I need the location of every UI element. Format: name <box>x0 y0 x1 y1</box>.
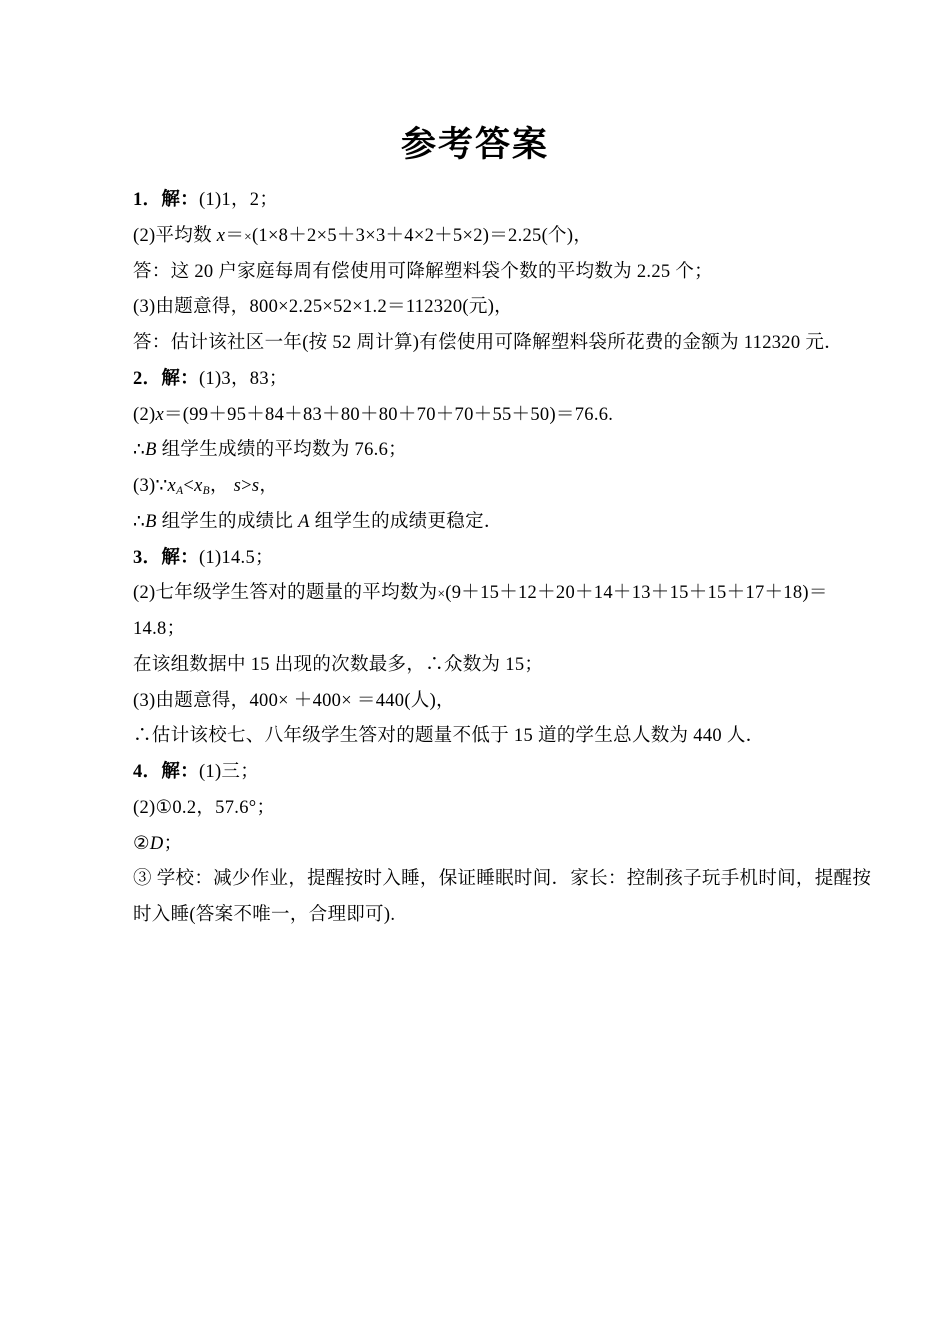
document-line: 在该组数据中 15 出现的次数最多，∴众数为 15； <box>133 648 820 684</box>
document-body: 1．解：(1)1，2；(2)平均数 x＝×(1×8＋2×5＋3×3＋4×2＋5×… <box>133 183 820 934</box>
text-segment: (1×8＋2×5＋3×3＋4×2＋5×2)＝2.25(个)， <box>252 226 592 246</box>
answer-label: 4．解： <box>133 762 199 782</box>
answer-label: 2．解： <box>133 369 199 389</box>
text-segment: (9＋15＋12＋20＋14＋13＋15＋15＋17＋18)＝ <box>445 583 827 603</box>
text-segment: (2)平均数 <box>133 226 217 246</box>
document-line: ③ 学校：减少作业，提醒按时入睡，保证睡眠时间．家长：控制孩子玩手机时间，提醒按 <box>133 862 820 898</box>
document-line: 2．解：(1)3，83； <box>133 362 820 398</box>
page-title: 参考答案 <box>0 0 950 166</box>
text-segment: x <box>168 476 177 496</box>
text-segment: ， <box>259 476 278 496</box>
text-segment: 答：这 20 户家庭每周有偿使用可降解塑料袋个数的平均数为 2.25 个； <box>133 262 713 282</box>
text-segment: (2)七年级学生答对的题量的平均数为 <box>133 583 437 603</box>
text-segment: × <box>244 229 252 244</box>
text-segment: > <box>241 476 252 496</box>
text-segment: (1)1，2； <box>199 190 278 210</box>
text-segment: A <box>298 512 310 532</box>
document-line: (2)x＝(99＋95＋84＋83＋80＋80＋70＋70＋55＋50)＝76.… <box>133 398 820 434</box>
text-segment: ＝(99＋95＋84＋83＋80＋80＋70＋70＋55＋50)＝76.6. <box>164 405 613 425</box>
text-segment: (1)三； <box>199 762 259 782</box>
document-line: (2)七年级学生答对的题量的平均数为×(9＋15＋12＋20＋14＋13＋15＋… <box>133 576 820 612</box>
document-line: 答：估计该社区一年(按 52 周计算)有偿使用可降解塑料袋所花费的金额为 112… <box>133 326 820 362</box>
text-segment: (1)14.5； <box>199 548 274 568</box>
text-segment: ＝ <box>225 226 244 246</box>
text-segment: ∴估计该校七、八年级学生答对的题量不低于 15 道的学生总人数为 440 人． <box>133 726 764 746</box>
text-segment: 答：估计该社区一年(按 52 周计算)有偿使用可降解塑料袋所花费的金额为 112… <box>133 333 843 353</box>
text-segment: ② <box>133 834 150 854</box>
text-segment: B <box>145 512 157 532</box>
text-segment: 14.8； <box>133 619 185 639</box>
document-line: 时入睡(答案不唯一，合理即可). <box>133 898 820 934</box>
text-segment: 在该组数据中 15 出现的次数最多，∴众数为 15； <box>133 655 543 675</box>
text-segment: ∴ <box>133 512 145 532</box>
document-line: ∴估计该校七、八年级学生答对的题量不低于 15 道的学生总人数为 440 人． <box>133 719 820 755</box>
text-segment: ③ 学校：减少作业，提醒按时入睡，保证睡眠时间．家长：控制孩子玩手机时间，提醒按 <box>133 869 871 889</box>
document-line: 14.8； <box>133 612 820 648</box>
text-segment: B <box>203 485 210 497</box>
text-segment: ， <box>210 476 234 496</box>
document-line: (3)由题意得，800×2.25×52×1.2＝112320(元)， <box>133 290 820 326</box>
text-segment: ； <box>164 834 183 854</box>
document-line: ∴B 组学生成绩的平均数为 76.6； <box>133 433 820 469</box>
text-segment: 组学生的成绩更稳定． <box>310 512 503 532</box>
document-line: 1．解：(1)1，2； <box>133 183 820 219</box>
text-segment: 时入睡(答案不唯一，合理即可). <box>133 905 395 925</box>
answer-label: 3．解： <box>133 548 199 568</box>
document-line: 答：这 20 户家庭每周有偿使用可降解塑料袋个数的平均数为 2.25 个； <box>133 255 820 291</box>
document-line: (2)平均数 x＝×(1×8＋2×5＋3×3＋4×2＋5×2)＝2.25(个)， <box>133 219 820 255</box>
text-segment: x <box>155 405 164 425</box>
text-segment: B <box>145 440 157 460</box>
text-segment: ∴ <box>133 440 145 460</box>
text-segment: (3)∵ <box>133 476 168 496</box>
text-segment: (2)①0.2，57.6°； <box>133 798 275 818</box>
text-segment: (3)由题意得，800×2.25×52×1.2＝112320(元)， <box>133 297 513 317</box>
text-segment: < <box>183 476 194 496</box>
text-segment: 组学生的成绩比 <box>157 512 298 532</box>
text-segment: (1)3，83； <box>199 369 288 389</box>
text-segment: x <box>194 476 203 496</box>
text-segment: D <box>150 834 164 854</box>
answer-label: 1．解： <box>133 190 199 210</box>
document-line: 3．解：(1)14.5； <box>133 541 820 577</box>
document-line: 4．解：(1)三； <box>133 755 820 791</box>
text-segment: 组学生成绩的平均数为 76.6； <box>157 440 407 460</box>
text-segment: (2) <box>133 405 155 425</box>
document-line: (2)①0.2，57.6°； <box>133 791 820 827</box>
document-line: (3)∵xA<xB， s>s， <box>133 469 820 505</box>
text-segment: (3)由题意得，400× ＋400× ＝440(人)， <box>133 691 455 711</box>
document-line: (3)由题意得，400× ＋400× ＝440(人)， <box>133 684 820 720</box>
document-page: 参考答案 1．解：(1)1，2；(2)平均数 x＝×(1×8＋2×5＋3×3＋4… <box>0 0 950 1344</box>
document-line: ∴B 组学生的成绩比 A 组学生的成绩更稳定． <box>133 505 820 541</box>
document-line: ②D； <box>133 827 820 863</box>
